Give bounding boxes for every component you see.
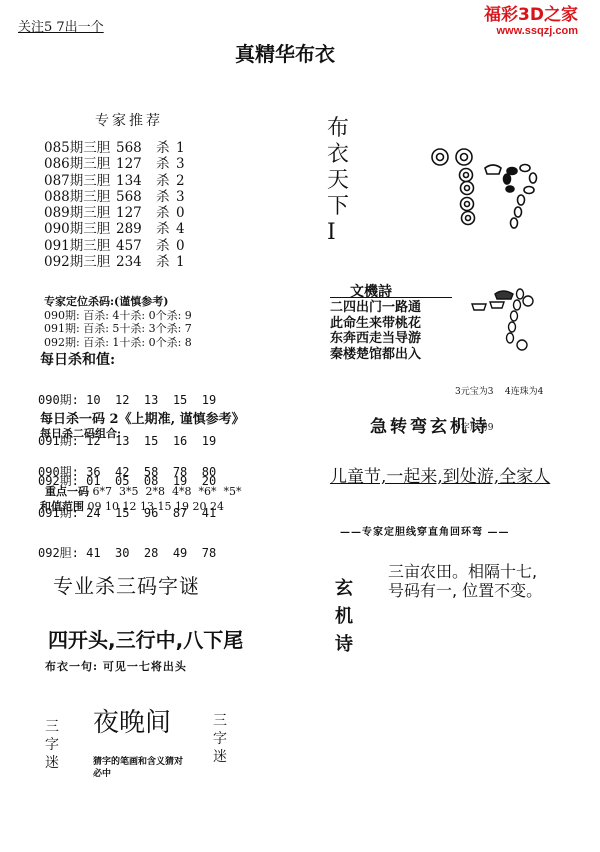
poem-line: 三亩农田。相隔十七, <box>388 562 542 581</box>
coin-digit-illustration <box>430 145 545 230</box>
kill-value: 3 <box>176 156 185 172</box>
kill-value: 2 <box>176 173 185 189</box>
poem-line: 秦楼楚馆都出入 <box>330 347 421 363</box>
poem-line: 此命生来带桃花 <box>330 316 421 332</box>
kill-label: 杀 <box>156 254 176 270</box>
period: 090期三胆 <box>44 221 116 237</box>
sum-range-values: 09 10 12 13 15 19 20 24 <box>88 500 224 513</box>
kill-label: 杀 <box>156 221 176 237</box>
daily-sum-kill-heading: 每日杀和值: <box>40 349 115 369</box>
list-item: 086期三胆127杀3 <box>44 156 185 172</box>
kill-label: 杀 <box>156 238 176 254</box>
key-one-code-label: 重点一码 <box>45 485 89 498</box>
period: 086期三胆 <box>44 156 116 172</box>
digits: 568 <box>116 140 156 156</box>
position-kill-heading: 专家定位杀码:(谨慎参考) <box>44 295 192 309</box>
kill-label: 杀 <box>156 205 176 221</box>
sum-range-label: 和值范围 <box>40 500 84 513</box>
legend-line: 3元宝为3 4连珠为4 <box>455 386 543 398</box>
period: 092期三胆 <box>44 254 116 270</box>
top-note: 关注5 7出一个 <box>18 16 104 35</box>
kill-label: 杀 <box>156 156 176 172</box>
poem-line: 号码有一, 位置不变。 <box>388 581 542 600</box>
three-char-riddle-left-label: 三字迷 <box>45 718 61 772</box>
list-item: 088期三胆568杀3 <box>44 189 185 205</box>
ingots-beads-icon <box>470 288 560 353</box>
poem-divider <box>330 297 452 298</box>
digits: 127 <box>116 205 156 221</box>
period: 085期三胆 <box>44 140 116 156</box>
period: 087期三胆 <box>44 173 116 189</box>
xuanji-vertical-title: 玄机诗 <box>335 575 357 659</box>
list-item: 090期: 36 42 58 78 80 <box>38 466 216 480</box>
digits: 127 <box>116 156 156 172</box>
brand-url[interactable]: www.ssqzj.com <box>484 25 578 38</box>
key-one-code: 重点一码 6*7 3*5 2*8 4*8 *6* *5* <box>45 483 241 499</box>
digits: 234 <box>116 254 156 270</box>
digits: 568 <box>116 189 156 205</box>
digits: 457 <box>116 238 156 254</box>
riddle-heading: 专业杀三码字谜 <box>53 570 200 599</box>
kill-label: 杀 <box>156 140 176 156</box>
coins-beads-icon <box>430 145 545 230</box>
period: 091期三胆 <box>44 238 116 254</box>
list-item: 091期: 百杀: 5十杀: 3个杀: 7 <box>44 322 192 336</box>
list-item: 090期: 百杀: 4十杀: 0个杀: 9 <box>44 309 192 323</box>
period: 088期三胆 <box>44 189 116 205</box>
poem-line: 东奔西走当导游 <box>330 331 421 347</box>
digits: 289 <box>116 221 156 237</box>
brand-name: 福彩3D之家 <box>484 6 578 25</box>
three-char-riddle-main: 夜晚间 <box>93 702 171 739</box>
list-item: 089期三胆127杀0 <box>44 205 185 221</box>
riddle-note: 布衣一句: 可见一七将出头 <box>45 658 187 674</box>
expert-guidance: ——专家定胆线穿直角回环弯 —— <box>340 523 509 538</box>
list-item: 091期三胆457杀0 <box>44 238 185 254</box>
kill-label: 杀 <box>156 173 176 189</box>
period: 089期三胆 <box>44 205 116 221</box>
kill-value: 1 <box>176 140 185 156</box>
expert-recommend-list: 085期三胆568杀1 086期三胆127杀3 087期三胆134杀2 088期… <box>44 140 185 270</box>
kill-value: 0 <box>176 205 185 221</box>
brand-logo[interactable]: 福彩3D之家 www.ssqzj.com <box>484 6 578 38</box>
list-item: 092胆: 41 30 28 49 78 <box>38 547 216 561</box>
list-item: 090期三胆289杀4 <box>44 221 185 237</box>
list-item: 092期: 百杀: 1十杀: 0个杀: 8 <box>44 336 192 350</box>
page-title: 真精华布衣 <box>235 38 335 67</box>
digits: 134 <box>116 173 156 189</box>
list-item: 087期三胆134杀2 <box>44 173 185 189</box>
buyi-vertical-title: 布衣天下I <box>327 116 353 246</box>
turn-poem-line: 儿童节,一起来,到处游,全家人 <box>330 462 550 487</box>
three-char-riddle-note: 猜字的笔画和含义猜对必中 <box>93 756 183 780</box>
kill-value: 4 <box>176 221 185 237</box>
kill-value: 3 <box>176 189 185 205</box>
expert-recommend-heading: 专家推荐 <box>95 110 163 130</box>
riddle-text: 四开头,三行中,八下尾 <box>48 624 243 653</box>
list-item: 085期三胆568杀1 <box>44 140 185 156</box>
sum-range: 和值范围 09 10 12 13 15 19 20 24 <box>40 498 224 514</box>
xuanji-poem: 三亩农田。相隔十七, 号码有一, 位置不变。 <box>388 562 542 600</box>
kill-value: 0 <box>176 238 185 254</box>
kill-label: 杀 <box>156 189 176 205</box>
key-one-code-values: 6*7 3*5 2*8 4*8 *6* *5* <box>93 485 242 498</box>
turn-poem-heading: 急转弯玄机诗 <box>370 412 490 437</box>
three-char-riddle-right-label: 三字迷 <box>213 712 229 766</box>
list-item: 092期三胆234杀1 <box>44 254 185 270</box>
poem-line: 二四出门一路通 <box>330 300 421 316</box>
kill-value: 1 <box>176 254 185 270</box>
position-kill-block: 专家定位杀码:(谨慎参考) 090期: 百杀: 4十杀: 0个杀: 9 091期… <box>44 295 192 349</box>
list-item: 090期: 10 12 13 15 19 <box>38 394 216 408</box>
poem-lines: 二四出门一路通 此命生来带桃花 东奔西走当导游 秦楼楚馆都出入 <box>330 300 421 362</box>
ingot-bead-illustration <box>470 288 560 353</box>
poem-heading: 文機詩 <box>350 281 392 301</box>
